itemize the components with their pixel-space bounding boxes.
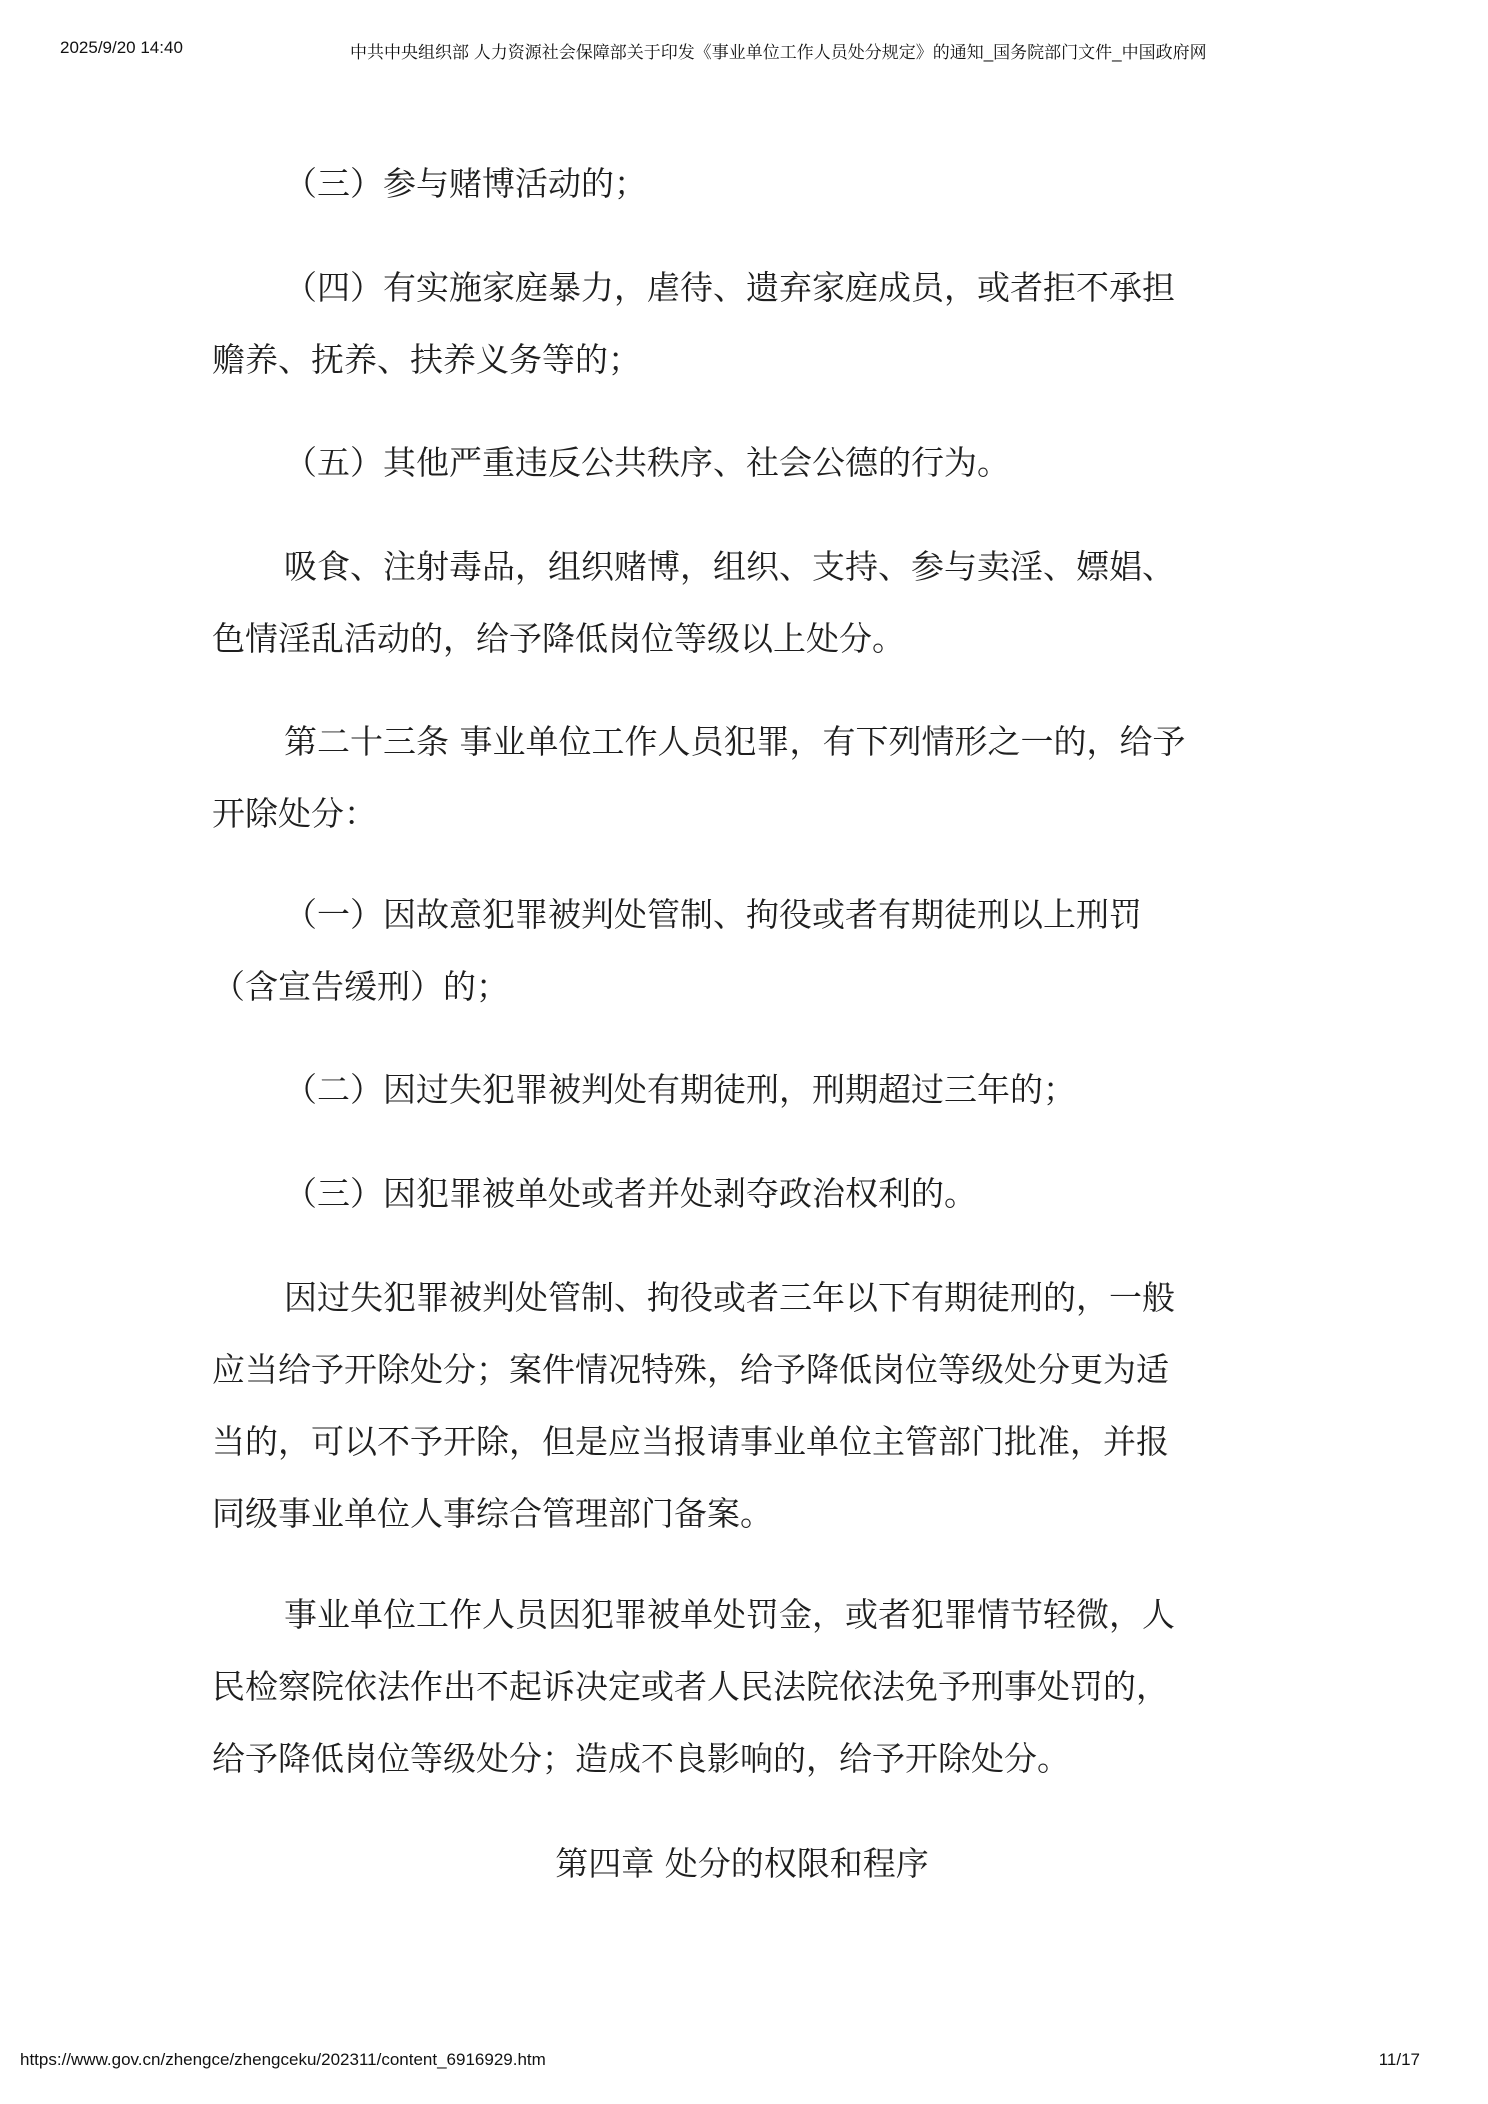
paragraph-article-23: 第二十三条 事业单位工作人员犯罪，有下列情形之一的，给予 开除处分：	[212, 706, 1186, 850]
paragraph-article-23-item-2: （二）因过失犯罪被判处有期徒刑，刑期超过三年的；	[212, 1054, 1076, 1126]
paragraph-line: 第二十三条 事业单位工作人员犯罪，有下列情形之一的，给予	[212, 706, 1186, 778]
paragraph-line: 因过失犯罪被判处管制、拘役或者三年以下有期徒刑的，一般	[212, 1262, 1175, 1334]
paragraph-line: 开除处分：	[212, 778, 1186, 850]
chapter-heading: 第四章 处分的权限和程序	[212, 1828, 1272, 1900]
paragraph-item-3-gambling: （三）参与赌博活动的；	[212, 148, 647, 220]
print-datetime: 2025/9/20 14:40	[60, 38, 183, 58]
paragraph-article-23-item-3: （三）因犯罪被单处或者并处剥夺政治权利的。	[212, 1158, 977, 1230]
paragraph-article-23-item-1: （一）因故意犯罪被判处管制、拘役或者有期徒刑以上刑罚 （含宣告缓刑）的；	[212, 879, 1142, 1023]
paragraph-line: 赡养、抚养、扶养义务等的；	[212, 324, 1175, 396]
paragraph-item-5-public-order: （五）其他严重违反公共秩序、社会公德的行为。	[212, 427, 1010, 499]
page-number: 11/17	[1379, 2050, 1420, 2070]
paragraph-line: （三）参与赌博活动的；	[212, 148, 647, 220]
paragraph-line: 事业单位工作人员因犯罪被单处罚金，或者犯罪情节轻微，人	[212, 1579, 1175, 1651]
source-url: https://www.gov.cn/zhengce/zhengceku/202…	[20, 2050, 546, 2070]
page-title: 中共中央组织部 人力资源社会保障部关于印发《事业单位工作人员处分规定》的通知_国…	[350, 38, 1207, 63]
paragraph-fine-only: 事业单位工作人员因犯罪被单处罚金，或者犯罪情节轻微，人 民检察院依法作出不起诉决…	[212, 1579, 1175, 1795]
print-footer: https://www.gov.cn/zhengce/zhengceku/202…	[0, 2050, 1488, 2074]
paragraph-negligent-crime: 因过失犯罪被判处管制、拘役或者三年以下有期徒刑的，一般 应当给予开除处分；案件情…	[212, 1262, 1175, 1550]
paragraph-line: 同级事业单位人事综合管理部门备案。	[212, 1478, 1175, 1550]
paragraph-item-4-domestic-violence: （四）有实施家庭暴力，虐待、遗弃家庭成员，或者拒不承担 赡养、抚养、扶养义务等的…	[212, 252, 1175, 396]
paragraph-line: 当的，可以不予开除，但是应当报请事业单位主管部门批准，并报	[212, 1406, 1175, 1478]
paragraph-line: （二）因过失犯罪被判处有期徒刑，刑期超过三年的；	[212, 1054, 1076, 1126]
paragraph-line: （三）因犯罪被单处或者并处剥夺政治权利的。	[212, 1158, 977, 1230]
paragraph-line: 民检察院依法作出不起诉决定或者人民法院依法免予刑事处罚的，	[212, 1651, 1175, 1723]
paragraph-line: 应当给予开除处分；案件情况特殊，给予降低岗位等级处分更为适	[212, 1334, 1175, 1406]
paragraph-line: （四）有实施家庭暴力，虐待、遗弃家庭成员，或者拒不承担	[212, 252, 1175, 324]
paragraph-line: 色情淫乱活动的，给予降低岗位等级以上处分。	[212, 603, 1175, 675]
paragraph-line: 吸食、注射毒品，组织赌博，组织、支持、参与卖淫、嫖娼、	[212, 531, 1175, 603]
paragraph-drugs-clause: 吸食、注射毒品，组织赌博，组织、支持、参与卖淫、嫖娼、 色情淫乱活动的，给予降低…	[212, 531, 1175, 675]
paragraph-line: 给予降低岗位等级处分；造成不良影响的，给予开除处分。	[212, 1723, 1175, 1795]
paragraph-line: （含宣告缓刑）的；	[212, 951, 1142, 1023]
paragraph-line: （五）其他严重违反公共秩序、社会公德的行为。	[212, 427, 1010, 499]
paragraph-line: （一）因故意犯罪被判处管制、拘役或者有期徒刑以上刑罚	[212, 879, 1142, 951]
print-header: 2025/9/20 14:40 中共中央组织部 人力资源社会保障部关于印发《事业…	[0, 38, 1488, 62]
